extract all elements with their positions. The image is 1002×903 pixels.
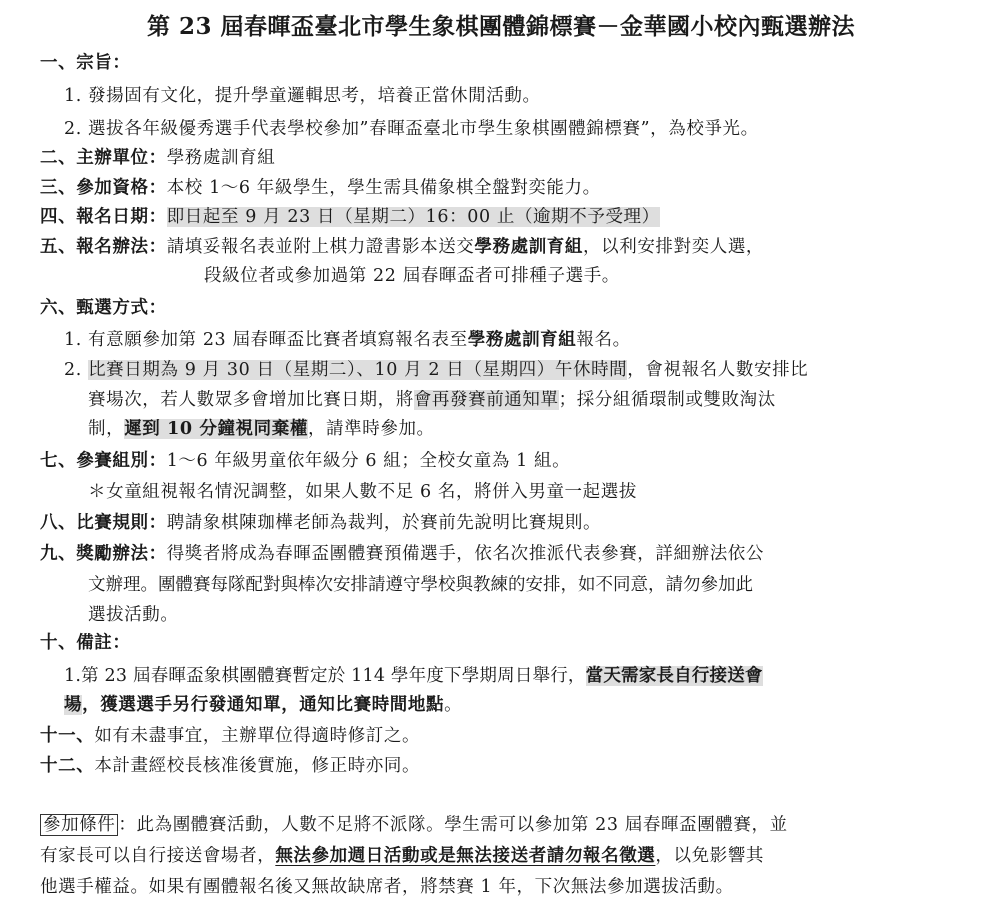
section-10-selection-note: ，獲選選手另行發通知單，通知比賽時間地點: [82, 695, 444, 715]
conditions-line-3: 他選手權益。如果有團體報名後又無故缺席者，將禁賽 1 年，下次無法參加選拔活動。: [40, 874, 734, 900]
section-9-heading: 九、獎勵辦法：: [40, 544, 167, 564]
section-9-line-3: 選拔活動。: [88, 602, 179, 628]
section-5-text-cont: ，以利安排對奕人選，: [583, 237, 764, 257]
conditions-text-2a: 有家長可以自行接送會場者，: [40, 846, 275, 866]
section-6-item-2: 2. 比賽日期為 9 月 30 日（星期二）、10 月 2 日（星期四）午休時間…: [64, 357, 808, 383]
section-9-line-2: 文辦理。團體賽每隊配對與棒次安排請遵守學校與教練的安排，如不同意，請勿參加此: [88, 572, 753, 598]
conditions-text-2b: ，以免影響其: [655, 846, 764, 866]
section-3-text: 本校 1～6 年級學生，學生需具備象棋全盤對奕能力。: [167, 178, 601, 198]
section-10-parent-note-cont: 場: [64, 695, 82, 715]
document-title: 第 23 屆春暉盃臺北市學生象棋團體錦標賽－金華國小校內甄選辦法: [0, 12, 1002, 42]
section-5-heading: 五、報名辦法：: [40, 237, 167, 257]
section-3-heading: 三、參加資格：: [40, 178, 167, 198]
section-9: 九、獎勵辦法：得獎者將成為春暉盃團體賽預備選手，依名次推派代表參賽，詳細辦法依公: [40, 541, 764, 567]
section-8-heading: 八、比賽規則：: [40, 513, 167, 533]
section-4: 四、報名日期：即日起至 9 月 23 日（星期二）16：00 止（逾期不予受理）: [40, 204, 660, 230]
section-7-heading: 七、參賽組別：: [40, 451, 167, 471]
section-10-heading: 十、備註：: [40, 630, 131, 656]
section-2: 二、主辦單位：學務處訓育組: [40, 145, 275, 171]
section-10-line-2: 場，獲選選手另行發通知單，通知比賽時間地點。: [64, 692, 462, 718]
section-6-heading: 六、甄選方式：: [40, 295, 167, 321]
section-6-item-2-line-3-a: 制，: [88, 419, 124, 439]
section-11: 十一、如有未盡事宜，主辦單位得適時修訂之。: [40, 723, 420, 749]
section-10-text: 1.第 23 屆春暉盃象棋團體賽暫定於 114 學年度下學期周日舉行，: [64, 666, 586, 686]
section-8-text: 聘請象棋陳珈樺老師為裁判，於賽前先說明比賽規則。: [167, 513, 601, 533]
section-6-item-1-end: 報名。: [576, 330, 630, 350]
section-5-line-2: 段級位者或參加過第 22 屆春暉盃者可排種子選手。: [204, 263, 620, 289]
section-5: 五、報名辦法：請填妥報名表並附上棋力證書影本送交學務處訓育組，以利安排對奕人選，: [40, 234, 764, 260]
section-6-late-rule: 遲到 10 分鐘視同棄權: [124, 419, 308, 439]
section-10-end: 。: [444, 695, 462, 715]
section-2-heading: 二、主辦單位：: [40, 148, 167, 168]
section-8: 八、比賽規則：聘請象棋陳珈樺老師為裁判，於賽前先說明比賽規則。: [40, 510, 601, 536]
conditions-warning: 無法參加週日活動或是無法接送者請勿報名徵選: [275, 846, 655, 866]
section-1-item-2: 2. 選拔各年級優秀選手代表學校參加”春暉盃臺北市學生象棋團體錦標賽”，為校爭光…: [64, 116, 759, 142]
section-6-item-2-num: 2.: [64, 360, 82, 380]
section-2-text: 學務處訓育組: [167, 148, 276, 168]
section-6-item-1-office: 學務處訓育組: [468, 330, 577, 350]
section-5-text: 請填妥報名表並附上棋力證書影本送交: [167, 237, 475, 257]
section-7-note: ＊女童組視報名情況調整，如果人數不足 6 名，將併入男童一起選拔: [88, 479, 637, 505]
section-6-item-2-text: ，會視報名人數安排比: [627, 360, 808, 380]
section-6-item-1: 1. 有意願參加第 23 屆春暉盃比賽者填寫報名表至學務處訓育組報名。: [64, 327, 631, 353]
section-6-item-2-line-2: 賽場次，若人數眾多會增加比賽日期，將會再發賽前通知單；採分組循環制或雙敗淘汰: [88, 387, 776, 413]
conditions-label: 參加條件: [40, 814, 118, 836]
section-1-item-1: 1. 發揚固有文化，提升學童邏輯思考，培養正當休閒活動。: [64, 83, 541, 109]
section-7: 七、參賽組別：1～6 年級男童依年級分 6 組；全校女童為 1 組。: [40, 448, 570, 474]
section-4-text: 即日起至 9 月 23 日（星期二）16：00 止（逾期不予受理）: [167, 207, 660, 227]
conditions-text: ：此為團體賽活動，人數不足將不派隊。學生需可以參加第 23 屆春暉盃團體賽，並: [118, 815, 787, 835]
section-5-office: 學務處訓育組: [474, 237, 583, 257]
section-6-item-2-line-3-b: ，請準時參加。: [308, 419, 435, 439]
section-10-line-1: 1.第 23 屆春暉盃象棋團體賽暫定於 114 學年度下學期周日舉行，當天需家長…: [64, 663, 763, 689]
section-3: 三、參加資格：本校 1～6 年級學生，學生需具備象棋全盤對奕能力。: [40, 175, 601, 201]
document-page: 第 23 屆春暉盃臺北市學生象棋團體錦標賽－金華國小校內甄選辦法 一、宗旨： 1…: [0, 0, 1002, 903]
section-12-heading: 十二、: [40, 756, 94, 776]
section-9-text: 得獎者將成為春暉盃團體賽預備選手，依名次推派代表參賽，詳細辦法依公: [167, 544, 764, 564]
section-11-text: 如有未盡事宜，主辦單位得適時修訂之。: [94, 726, 420, 746]
section-11-heading: 十一、: [40, 726, 94, 746]
section-6-item-2-line-3: 制，遲到 10 分鐘視同棄權，請準時參加。: [88, 416, 435, 442]
section-1-heading: 一、宗旨：: [40, 50, 131, 76]
section-6-notice: 會再發賽前通知單: [414, 390, 559, 410]
section-12: 十二、本計畫經校長核准後實施，修正時亦同。: [40, 753, 420, 779]
section-12-text: 本計畫經校長核准後實施，修正時亦同。: [94, 756, 420, 776]
section-6-item-2-line-2-b: ；採分組循環制或雙敗淘汰: [559, 390, 776, 410]
conditions-line-1: 參加條件：此為團體賽活動，人數不足將不派隊。學生需可以參加第 23 屆春暉盃團體…: [40, 812, 788, 838]
section-7-text: 1～6 年級男童依年級分 6 組；全校女童為 1 組。: [167, 451, 571, 471]
section-6-item-2-line-2-a: 賽場次，若人數眾多會增加比賽日期，將: [88, 390, 414, 410]
conditions-line-2: 有家長可以自行接送會場者，無法參加週日活動或是無法接送者請勿報名徵選，以免影響其: [40, 843, 764, 869]
section-6-match-dates: 比賽日期為 9 月 30 日（星期二）、10 月 2 日（星期四）午休時間: [88, 360, 627, 380]
section-6-item-1-text: 1. 有意願參加第 23 屆春暉盃比賽者填寫報名表至: [64, 330, 468, 350]
section-4-heading: 四、報名日期：: [40, 207, 167, 227]
section-10-parent-note: 當天需家長自行接送會: [586, 666, 763, 686]
